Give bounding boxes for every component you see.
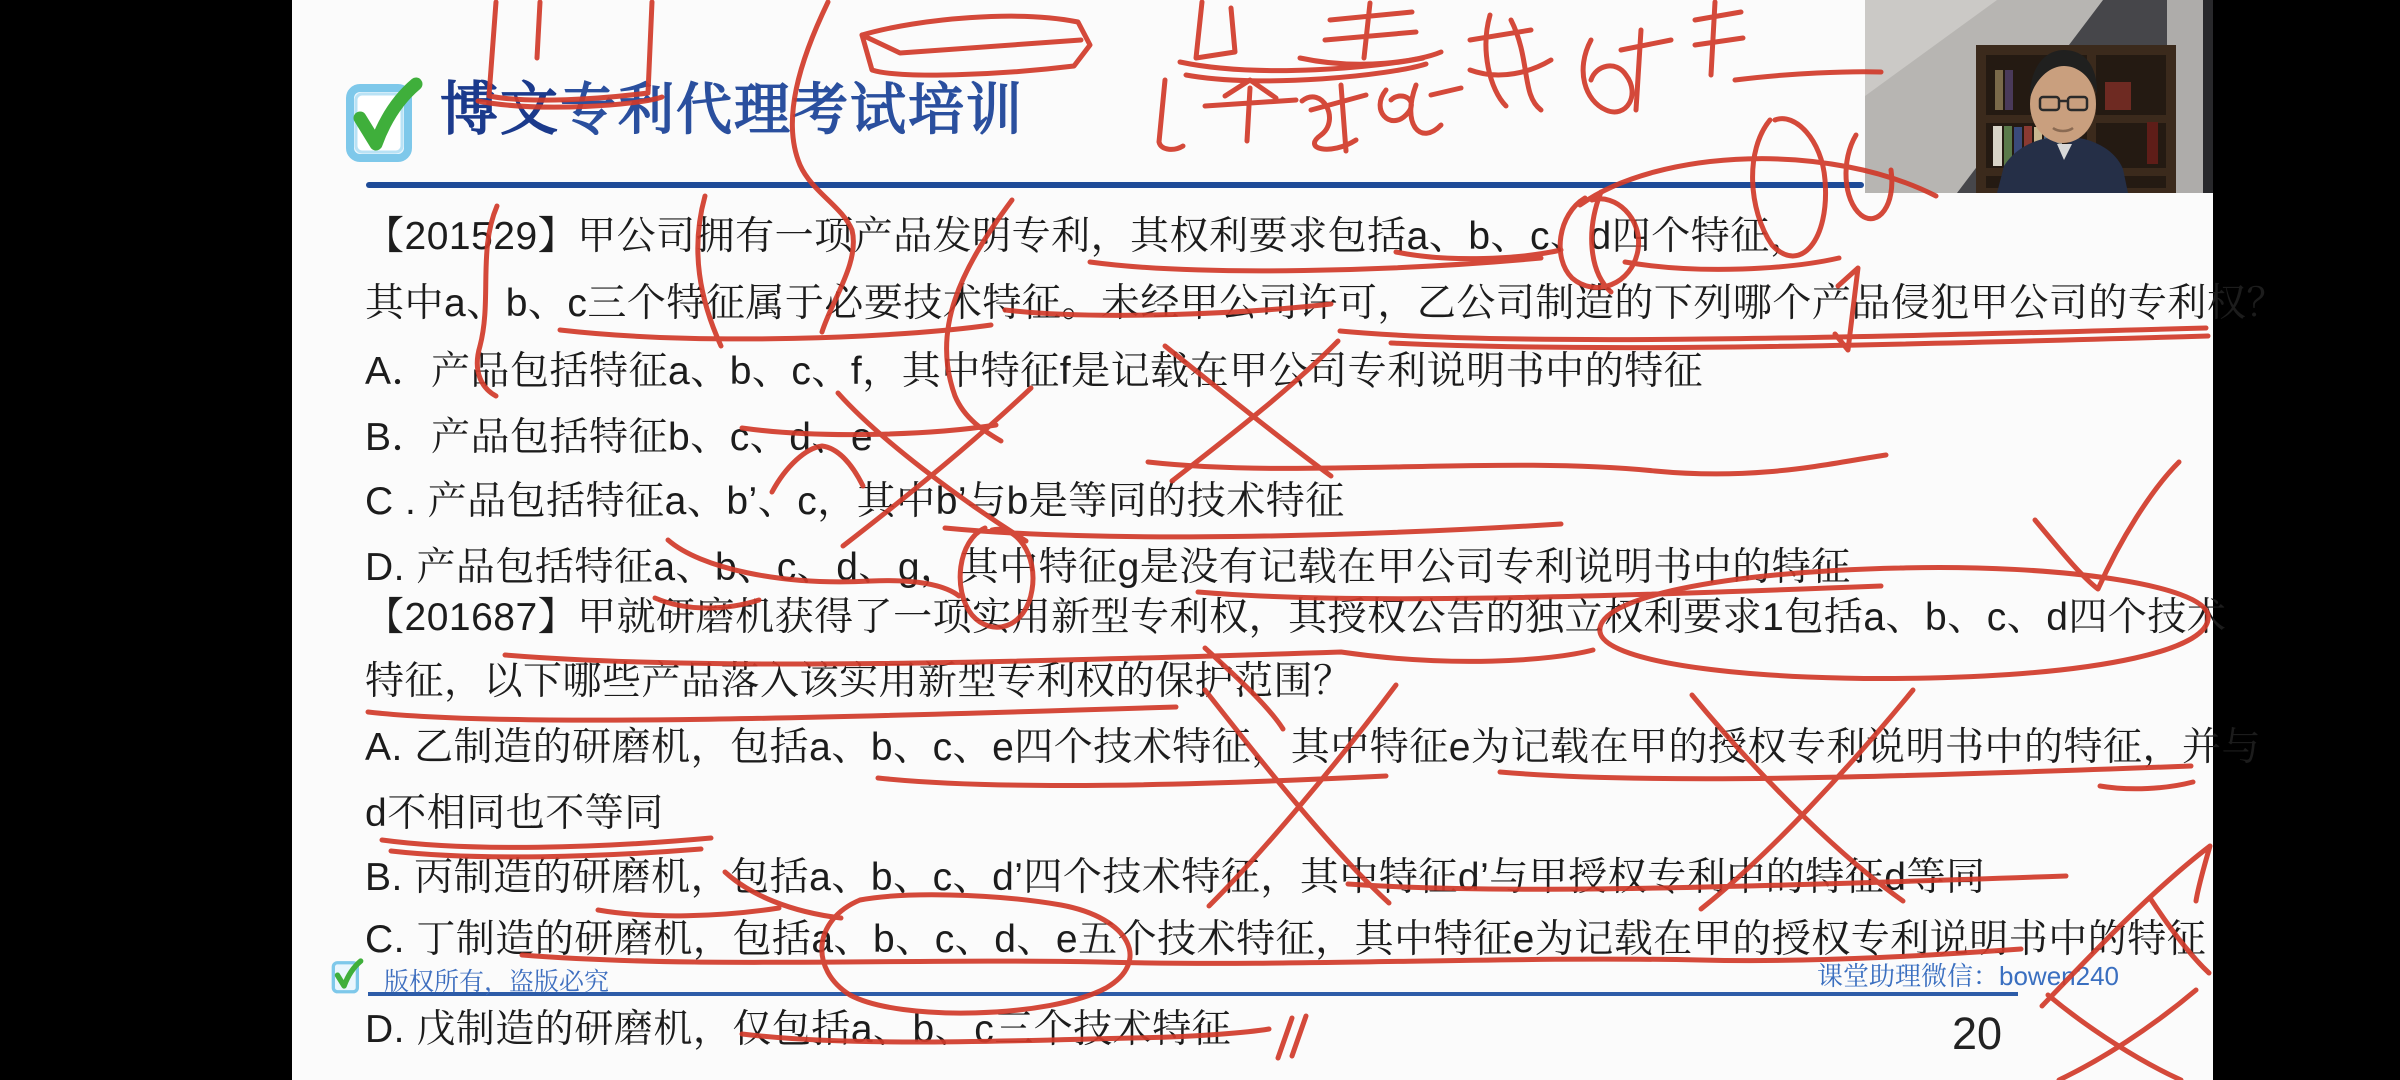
screen: { "header": { "brand_bold": "博文", "brand… bbox=[0, 0, 2400, 1080]
instructor-webcam bbox=[1865, 0, 2213, 193]
question-line-1: 【201529】甲公司拥有一项产品发明专利，其权利要求包括a、b、c、d四个特征… bbox=[365, 205, 1809, 261]
question2-line-2: 特征，以下哪些产品落入该实用新型专利权的保护范围？ bbox=[365, 650, 1353, 706]
question-line-2: 其中a、b、c三个特征属于必要技术特征。未经甲公司许可，乙公司制造的下列哪个产品… bbox=[365, 272, 2286, 328]
option-c1-line: C . 产品包括特征a、b’、c，其中b’与b是等同的技术特征 bbox=[365, 470, 1345, 526]
checkbox-check-icon bbox=[342, 72, 424, 168]
option-b2-line: B. 丙制造的研磨机，包括a、b、c、d’四个技术特征，其中特征d’与甲授权专利… bbox=[365, 846, 1985, 902]
option-d2-line: D. 戊制造的研磨机，仅包括a、b、c三个技术特征 bbox=[365, 998, 1231, 1054]
option-b1-line: B．产品包括特征b、c、d、e bbox=[365, 406, 873, 462]
brand-rest-text: 专利代理考试培训 bbox=[560, 78, 1024, 141]
option-a2-line: A. 乙制造的研磨机，包括a、b、c、e四个技术特征，其中特征e为记载在甲的授权… bbox=[365, 716, 2261, 772]
option-a1-line: A．产品包括特征a、b、c、f，其中特征f是记载在甲公司专利说明书中的特征 bbox=[365, 340, 1703, 396]
checkbox-check-icon-small bbox=[330, 955, 364, 997]
webcam-frame bbox=[1865, 0, 2213, 193]
option-a2-line-2: d不相同也不等同 bbox=[365, 782, 664, 838]
brand-bold-text: 博文 bbox=[440, 77, 560, 142]
option-d1-line: D. 产品包括特征a、b、c、d、g，其中特征g是没有记载在甲公司专利说明书中的… bbox=[365, 536, 1851, 592]
assistant-wechat-text: 课堂助理微信：bowen240 bbox=[1817, 956, 2119, 993]
question2-line-1: 【201687】甲就研磨机获得了一项实用新型专利权，其授权公告的独立权利要求1包… bbox=[365, 586, 2226, 642]
footer-divider bbox=[368, 992, 2018, 996]
page-number: 20 bbox=[1952, 1008, 2002, 1060]
copyright-notice: 版权所有，盗版必究 bbox=[384, 962, 609, 998]
brand-title: 博文专利代理考试培训 bbox=[440, 62, 1024, 146]
header-divider bbox=[366, 182, 1864, 188]
